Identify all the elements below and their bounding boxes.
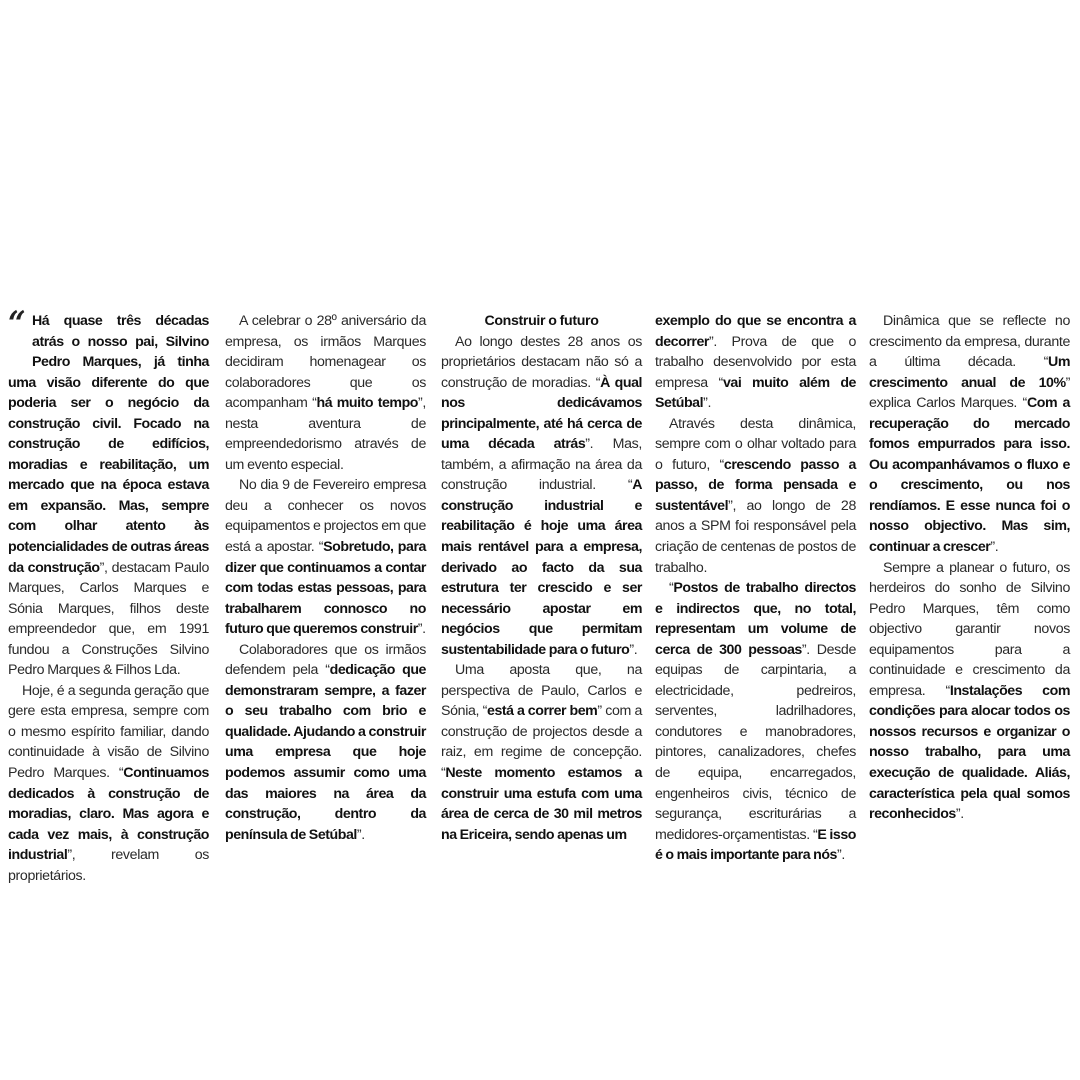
body-text: ”, destacam Paulo Marques, Carlos Marque… xyxy=(8,560,209,679)
body-paragraph: Ao longo destes 28 anos os proprietários… xyxy=(441,332,642,661)
quoted-text: Instalações com condições para alocar to… xyxy=(869,683,1070,822)
section-heading: Construir o futuro xyxy=(441,311,642,332)
body-text: ”. xyxy=(629,642,637,658)
column-4: exemplo do que se encontra a decorrer”. … xyxy=(655,311,856,866)
quoted-text: Com a recuperação do mercado fomos empur… xyxy=(869,395,1070,555)
body-text: ”. Desde equipas de carpintaria, a elect… xyxy=(655,642,856,843)
column-5: Dinâmica que se reflecte no crescimento … xyxy=(869,311,1070,825)
body-paragraph: Colaboradores que os irmãos defendem pel… xyxy=(225,640,426,845)
body-paragraph: Hoje, é a segunda geração que gere esta … xyxy=(8,681,209,886)
body-paragraph: Através desta dinâmica, sempre com o olh… xyxy=(655,414,856,578)
quote-mark-icon: “ xyxy=(8,307,25,341)
body-text: ”. xyxy=(956,806,964,822)
quoted-text: está a correr bem xyxy=(487,703,597,719)
body-paragraph: Sempre a planear o futuro, os herdeiros … xyxy=(869,558,1070,825)
body-text: ”. xyxy=(990,539,998,555)
quoted-text: Há quase três décadas atrás o nosso pai,… xyxy=(8,313,209,576)
body-paragraph: A celebrar o 28º aniversário da empresa,… xyxy=(225,311,426,475)
body-paragraph: No dia 9 de Fevereiro empresa deu a conh… xyxy=(225,475,426,639)
quoted-text: dedicação que demonstraram sempre, a faz… xyxy=(225,662,426,842)
quoted-text: A construção industrial e reabilitação é… xyxy=(441,477,642,657)
body-paragraph: “Postos de trabalho directos e indirecto… xyxy=(655,578,856,866)
body-text: ”. xyxy=(357,827,365,843)
body-text: ”. xyxy=(703,395,711,411)
column-2: A celebrar o 28º aniversário da empresa,… xyxy=(225,311,426,845)
body-paragraph: Uma aposta que, na perspectiva de Paulo,… xyxy=(441,660,642,845)
column-1: “Há quase três décadas atrás o nosso pai… xyxy=(8,311,209,886)
quoted-text: há muito tempo xyxy=(317,395,419,411)
body-paragraph: exemplo do que se encontra a decorrer”. … xyxy=(655,311,856,414)
body-text: Sempre a planear o futuro, os herdeiros … xyxy=(869,560,1070,699)
body-paragraph: Dinâmica que se reflecte no crescimento … xyxy=(869,311,1070,558)
column-3: Construir o futuroAo longo destes 28 ano… xyxy=(441,311,642,845)
body-text: ”. xyxy=(837,847,845,863)
quoted-text: Neste momento estamos a construir uma es… xyxy=(441,765,642,843)
body-text: Dinâmica que se reflecte no crescimento … xyxy=(869,313,1070,370)
body-text: ”. xyxy=(418,621,426,637)
lead-paragraph: “Há quase três décadas atrás o nosso pai… xyxy=(8,311,209,681)
